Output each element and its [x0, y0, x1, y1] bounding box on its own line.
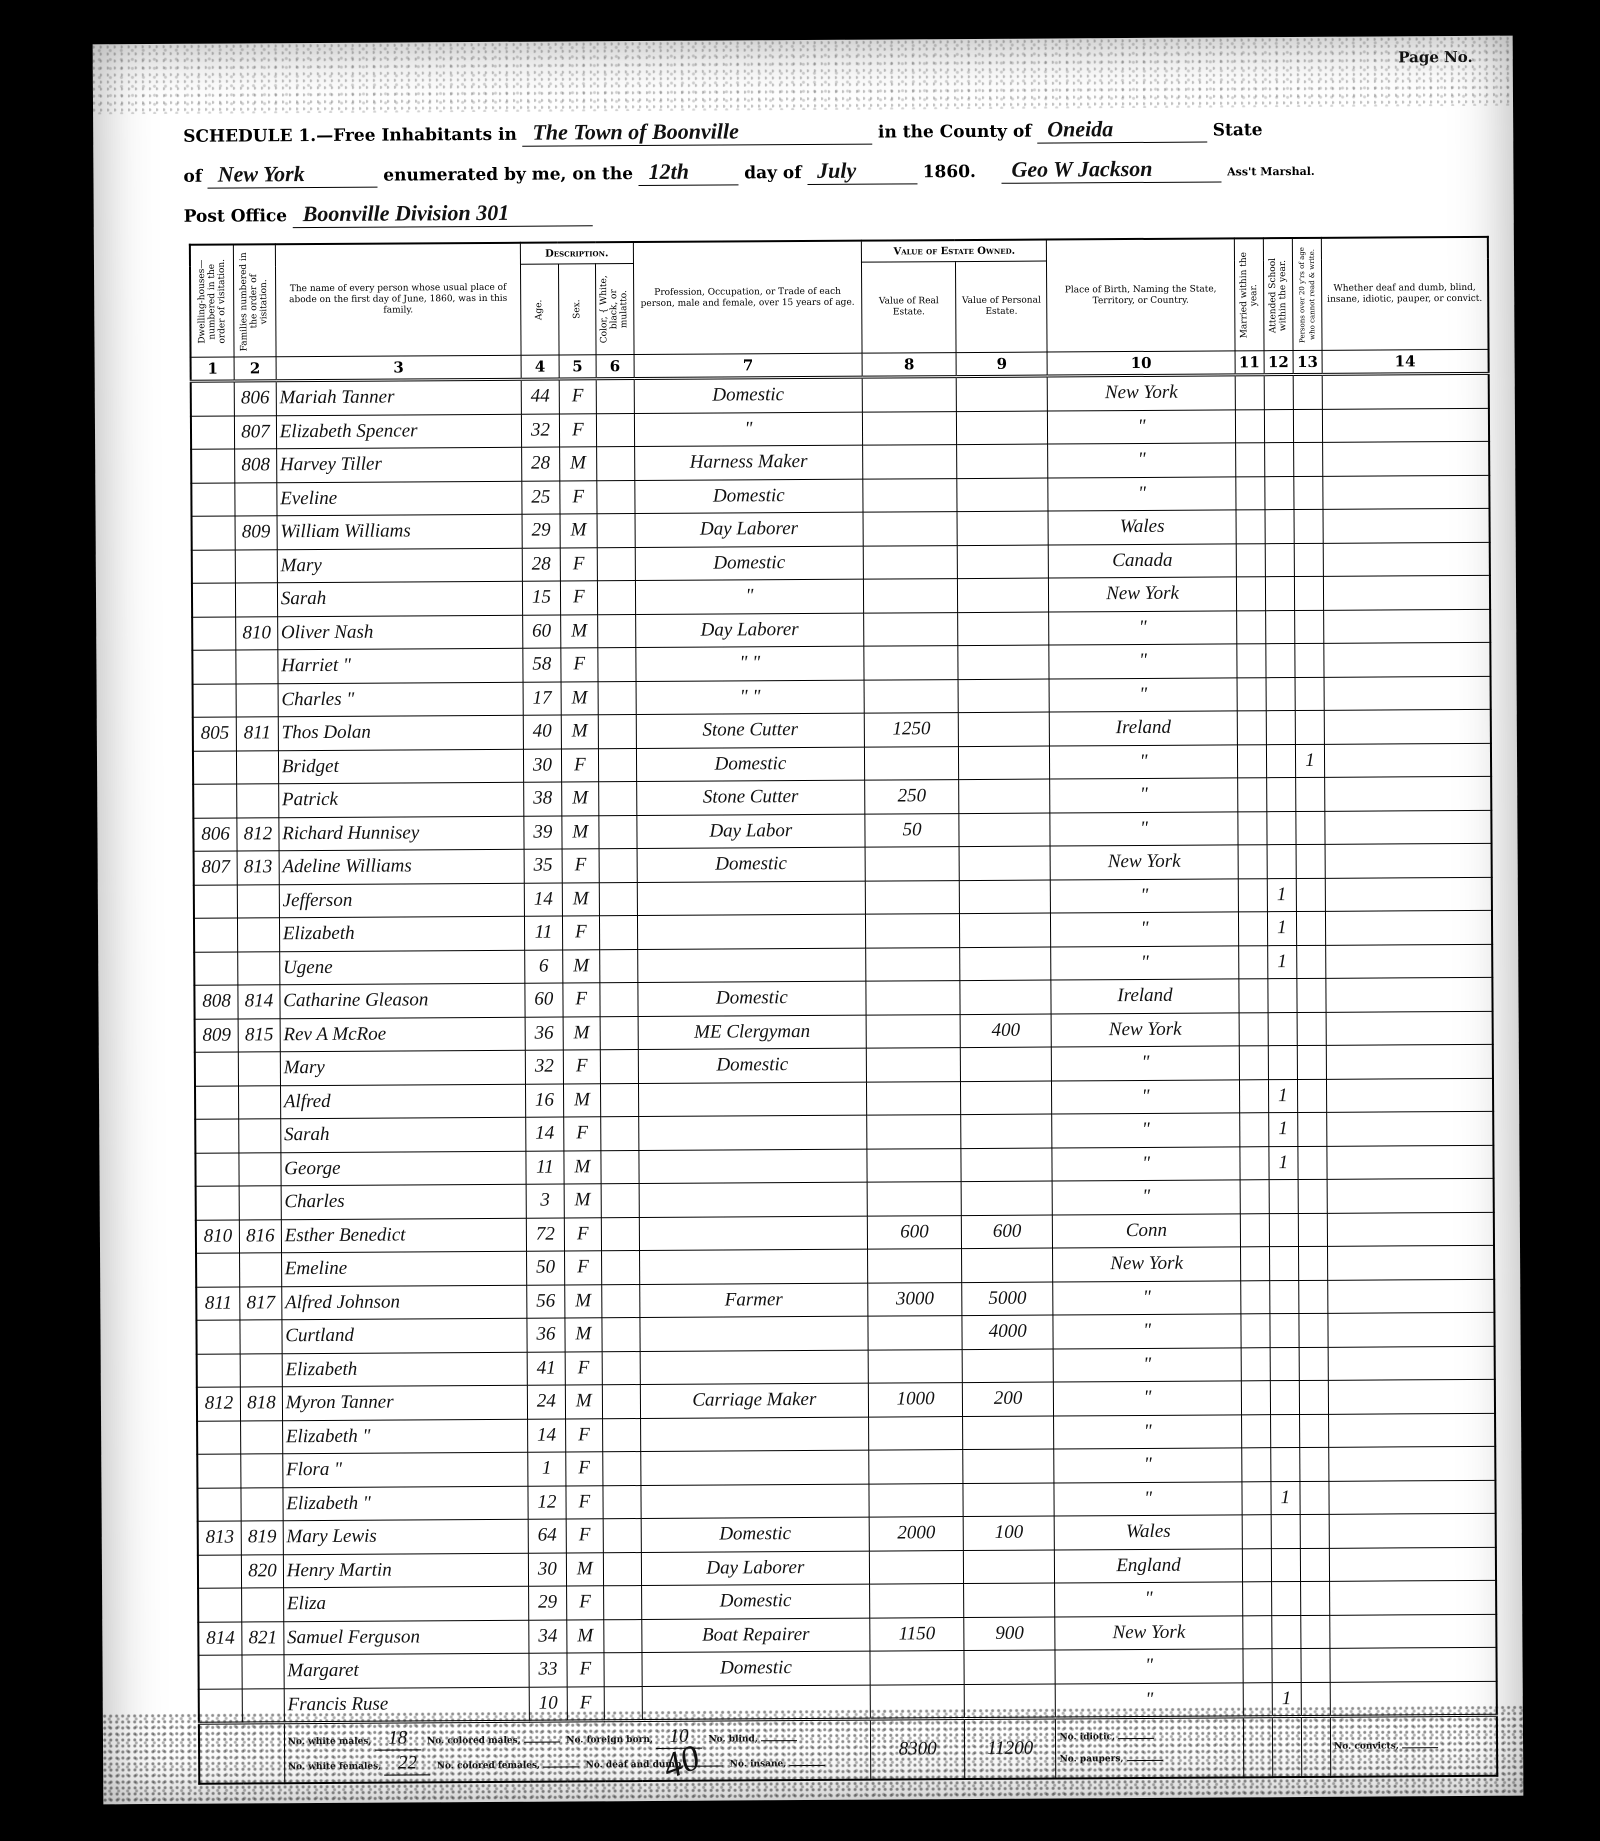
- infirmity-cell: [1328, 1312, 1495, 1347]
- real-estate-cell: [865, 847, 959, 881]
- occupation-cell: Day Laborer: [635, 613, 864, 648]
- illiterate-cell: [1300, 1548, 1329, 1582]
- sex-cell: F: [559, 480, 597, 514]
- age-cell: 44: [521, 379, 559, 414]
- color-cell: [600, 1050, 638, 1084]
- illiterate-cell: [1296, 911, 1325, 945]
- dwelling-cell: [193, 750, 237, 784]
- page-number-label: Page No.: [1398, 48, 1473, 66]
- dwelling-cell: [197, 1420, 241, 1454]
- state-label: State: [1213, 120, 1263, 140]
- family-cell: [240, 1320, 282, 1354]
- county-field: Oneida: [1037, 116, 1207, 144]
- illiterate-cell: [1296, 811, 1325, 845]
- infirmity-cell: [1325, 776, 1492, 811]
- name-cell: Henry Martin: [283, 1553, 529, 1588]
- dwelling-cell: [193, 784, 237, 818]
- col-sex-header: Sex.: [558, 264, 596, 355]
- age-cell: 33: [529, 1653, 567, 1687]
- married-cell: [1239, 1079, 1268, 1113]
- personal-estate-cell: 600: [961, 1215, 1053, 1249]
- birthplace-cell: Ireland: [1050, 711, 1237, 746]
- real-estate-cell: [866, 981, 960, 1015]
- sex-cell: M: [561, 782, 599, 816]
- infirmity-cell: [1324, 743, 1491, 778]
- white-males-value: 18: [375, 1727, 421, 1750]
- family-cell: [242, 1655, 284, 1689]
- infirmity-cell: [1327, 1178, 1494, 1213]
- birthplace-cell: ": [1054, 1448, 1241, 1483]
- real-estate-total: 8300: [871, 1719, 965, 1780]
- age-cell: 1: [528, 1452, 566, 1486]
- birthplace-cell: ": [1049, 644, 1236, 679]
- color-cell: [600, 983, 638, 1017]
- dwelling-cell: 810: [196, 1219, 240, 1253]
- name-cell: Sarah: [280, 1117, 526, 1152]
- scan-noise-top: [93, 36, 1513, 115]
- sex-cell: F: [562, 916, 600, 950]
- col-number: 11: [1235, 351, 1264, 375]
- age-cell: 40: [523, 715, 561, 749]
- sex-cell: M: [560, 514, 598, 548]
- sex-cell: F: [566, 1485, 604, 1519]
- family-cell: [238, 1052, 280, 1086]
- illiterate-cell: [1299, 1313, 1328, 1347]
- family-cell: [238, 951, 280, 985]
- school-cell: [1268, 979, 1297, 1013]
- dwelling-cell: [199, 1688, 243, 1723]
- school-cell: [1265, 610, 1294, 644]
- convicts-label: No. convicts,: [1334, 1741, 1399, 1751]
- illiterate-cell: [1295, 643, 1324, 677]
- birthplace-cell: ": [1049, 610, 1236, 645]
- married-cell: [1236, 543, 1265, 577]
- real-estate-cell: [869, 1483, 963, 1517]
- school-cell: [1271, 1582, 1300, 1616]
- personal-estate-cell: [960, 1047, 1052, 1081]
- age-cell: 72: [527, 1217, 565, 1251]
- age-cell: 14: [528, 1418, 566, 1452]
- married-cell: [1242, 1582, 1271, 1616]
- married-cell: [1241, 1314, 1270, 1348]
- family-cell: 820: [242, 1554, 284, 1588]
- personal-estate-cell: 5000: [962, 1282, 1054, 1316]
- personal-estate-total: 11200: [964, 1718, 1056, 1779]
- married-cell: [1241, 1414, 1270, 1448]
- sex-cell: M: [563, 1083, 601, 1117]
- dwelling-cell: [192, 516, 236, 550]
- sex-cell: F: [565, 1452, 603, 1486]
- occupation-cell: " ": [635, 646, 864, 681]
- name-cell: Rev A McRoe: [280, 1017, 526, 1052]
- sex-cell: M: [561, 681, 599, 715]
- color-cell: [600, 1016, 638, 1050]
- birthplace-cell: ": [1056, 1682, 1243, 1718]
- occupation-cell: Day Laborer: [641, 1551, 870, 1586]
- dwelling-cell: [196, 1320, 240, 1354]
- occupation-cell: Boat Repairer: [641, 1618, 870, 1653]
- age-cell: 17: [523, 682, 561, 716]
- birthplace-cell: ": [1048, 409, 1235, 444]
- family-cell: 811: [236, 717, 278, 751]
- name-cell: Mary: [280, 1050, 526, 1085]
- age-cell: 14: [526, 1117, 564, 1151]
- occupation-cell: ": [635, 579, 864, 614]
- colored-males-blank: [524, 1742, 560, 1743]
- marshal-label: Ass't Marshal.: [1227, 165, 1315, 179]
- dwelling-cell: [196, 1186, 240, 1220]
- illiterate-cell: [1293, 442, 1322, 476]
- family-cell: [236, 650, 278, 684]
- family-cell: 816: [239, 1219, 281, 1253]
- color-cell: [597, 480, 635, 514]
- family-cell: 810: [236, 616, 278, 650]
- age-cell: 29: [529, 1586, 567, 1620]
- name-cell: Curtland: [282, 1318, 528, 1353]
- age-cell: 16: [526, 1083, 564, 1117]
- birthplace-cell: ": [1053, 1180, 1240, 1215]
- personal-estate-cell: [960, 1081, 1052, 1115]
- occupation-cell: [640, 1450, 869, 1485]
- infirmity-cell: [1329, 1547, 1496, 1582]
- color-cell: [598, 681, 636, 715]
- totals-row: No. white males, 18 No. colored males, N…: [199, 1715, 1497, 1783]
- sex-cell: F: [566, 1586, 604, 1620]
- color-cell: [598, 581, 636, 615]
- birthplace-cell: New York: [1055, 1615, 1242, 1650]
- real-estate-cell: 3000: [868, 1282, 962, 1316]
- birthplace-cell: ": [1048, 476, 1235, 511]
- dwelling-cell: 808: [194, 985, 238, 1019]
- family-cell: 806: [234, 381, 276, 416]
- color-cell: [596, 413, 634, 447]
- col-school-header: Attended School within the year.: [1263, 238, 1293, 351]
- white-males-label: No. white males,: [288, 1737, 372, 1748]
- illiterate-cell: [1294, 509, 1323, 543]
- infirmity-cell: [1325, 810, 1492, 845]
- school-cell: [1265, 543, 1294, 577]
- birthplace-cell: ": [1054, 1381, 1241, 1416]
- sex-cell: M: [563, 1016, 601, 1050]
- infirmity-cell: [1325, 843, 1492, 878]
- colored-males-label: No. colored males,: [427, 1736, 521, 1747]
- dwelling-cell: [191, 381, 235, 416]
- school-cell: [1267, 811, 1296, 845]
- sex-cell: F: [567, 1653, 605, 1687]
- family-cell: 809: [235, 516, 277, 550]
- married-cell: [1240, 1247, 1269, 1281]
- dwelling-cell: [197, 1353, 241, 1387]
- school-cell: [1272, 1615, 1301, 1649]
- occupation-cell: Domestic: [634, 479, 863, 514]
- school-cell: [1269, 1280, 1298, 1314]
- infirmity-cell: [1330, 1681, 1497, 1717]
- married-cell: [1236, 577, 1265, 611]
- dwelling-cell: [191, 415, 235, 449]
- real-estate-cell: [865, 746, 959, 780]
- illiterate-cell: [1301, 1648, 1330, 1682]
- name-cell: Oliver Nash: [277, 615, 523, 650]
- age-cell: 3: [526, 1184, 564, 1218]
- schedule-header-line-1: SCHEDULE 1.—Free Inhabitants in The Town…: [183, 115, 1263, 149]
- infirmity-cell: [1327, 1245, 1494, 1280]
- school-cell: [1271, 1515, 1300, 1549]
- birthplace-cell: New York: [1048, 375, 1235, 411]
- occupation-cell: [639, 1182, 868, 1217]
- real-estate-cell: [867, 1048, 961, 1082]
- col-number: 9: [956, 352, 1048, 377]
- name-cell: Catharine Gleason: [280, 983, 526, 1018]
- sex-cell: F: [565, 1351, 603, 1385]
- age-cell: 6: [525, 950, 563, 984]
- occupation-cell: Domestic: [635, 546, 864, 581]
- personal-estate-cell: [959, 913, 1051, 947]
- dwelling-cell: [195, 1085, 239, 1119]
- illiterate-cell: [1300, 1514, 1329, 1548]
- year-label: 1860.: [923, 162, 976, 182]
- real-estate-cell: 1250: [865, 713, 959, 747]
- school-cell: 1: [1272, 1682, 1301, 1717]
- married-cell: [1239, 1113, 1268, 1147]
- age-cell: 30: [529, 1552, 567, 1586]
- occupation-cell: [640, 1484, 869, 1519]
- census-table: Dwelling-houses—numbered in the order of…: [189, 236, 1498, 1785]
- real-estate-cell: [869, 1450, 963, 1484]
- birthplace-cell: New York: [1053, 1247, 1240, 1282]
- real-estate-cell: 2000: [869, 1517, 963, 1551]
- dwelling-cell: [198, 1655, 242, 1689]
- dwelling-cell: [194, 918, 238, 952]
- dwelling-cell: [196, 1253, 240, 1287]
- birthplace-cell: ": [1051, 878, 1238, 913]
- illiterate-cell: [1297, 978, 1326, 1012]
- color-cell: [598, 715, 636, 749]
- color-cell: [603, 1485, 641, 1519]
- married-cell: [1235, 375, 1264, 410]
- personal-estate-cell: [962, 1349, 1054, 1383]
- name-cell: Mariah Tanner: [276, 379, 522, 415]
- personal-estate-cell: [957, 478, 1049, 512]
- personal-estate-cell: [961, 1181, 1053, 1215]
- illiterate-cell: [1297, 945, 1326, 979]
- illiterate-cell: [1294, 476, 1323, 510]
- personal-estate-cell: 200: [962, 1382, 1054, 1416]
- birthplace-cell: ": [1054, 1481, 1241, 1516]
- dwelling-cell: 807: [194, 851, 238, 885]
- school-cell: 1: [1267, 945, 1296, 979]
- occupation-cell: [640, 1350, 869, 1385]
- name-cell: Mary: [277, 548, 523, 583]
- real-estate-cell: [866, 880, 960, 914]
- occupation-cell: Domestic: [641, 1651, 870, 1686]
- real-estate-cell: [862, 377, 956, 412]
- infirmity-cell: [1327, 1111, 1494, 1146]
- name-cell: Flora ": [283, 1452, 529, 1487]
- dwelling-cell: [195, 1119, 239, 1153]
- family-cell: 819: [241, 1521, 283, 1555]
- name-cell: Alfred Johnson: [281, 1285, 527, 1320]
- married-cell: [1235, 476, 1264, 510]
- infirmity-cell: [1325, 910, 1492, 945]
- sex-cell: F: [560, 547, 598, 581]
- real-estate-cell: 1150: [870, 1617, 964, 1651]
- family-cell: [238, 918, 280, 952]
- family-cell: [236, 583, 278, 617]
- age-cell: 36: [527, 1318, 565, 1352]
- family-cell: [242, 1688, 284, 1723]
- school-cell: [1270, 1381, 1299, 1415]
- illiterate-cell: [1297, 1012, 1326, 1046]
- dwelling-cell: [191, 482, 235, 516]
- family-cell: 808: [235, 449, 277, 483]
- school-cell: [1264, 375, 1293, 410]
- sex-cell: M: [560, 614, 598, 648]
- post-office-label: Post Office: [184, 206, 288, 227]
- illiterate-cell: [1300, 1481, 1329, 1515]
- color-cell: [596, 379, 634, 414]
- name-cell: Jefferson: [279, 883, 525, 918]
- school-cell: 1: [1269, 1146, 1298, 1180]
- personal-estate-cell: [958, 712, 1050, 746]
- sex-cell: M: [566, 1552, 604, 1586]
- sex-cell: M: [565, 1385, 603, 1419]
- totals-idiotic-paupers: No. idiotic, No. paupers,: [1056, 1717, 1244, 1779]
- col-age-header: Age.: [521, 264, 559, 355]
- real-estate-cell: [870, 1651, 964, 1685]
- real-estate-cell: [868, 1316, 962, 1350]
- school-cell: [1267, 845, 1296, 879]
- school-cell: [1266, 711, 1295, 745]
- birthplace-cell: ": [1052, 1113, 1239, 1148]
- illiterate-cell: [1299, 1380, 1328, 1414]
- sex-cell: F: [563, 983, 601, 1017]
- infirmity-cell: [1323, 441, 1490, 476]
- color-cell: [599, 815, 637, 849]
- real-estate-cell: [867, 1182, 961, 1216]
- illiterate-cell: [1293, 409, 1322, 443]
- married-cell: [1238, 845, 1267, 879]
- school-cell: [1266, 744, 1295, 778]
- age-cell: 24: [528, 1385, 566, 1419]
- birthplace-cell: ": [1050, 778, 1237, 813]
- real-estate-cell: [863, 478, 957, 512]
- personal-estate-cell: [963, 1583, 1055, 1617]
- sex-cell: M: [559, 447, 597, 481]
- name-cell: Patrick: [278, 782, 524, 817]
- school-cell: [1271, 1548, 1300, 1582]
- color-cell: [599, 849, 637, 883]
- age-cell: 50: [527, 1251, 565, 1285]
- totals-blank: [1301, 1716, 1330, 1777]
- foreign-born-label: No. foreign born,: [566, 1735, 653, 1746]
- age-cell: 28: [522, 447, 560, 481]
- family-cell: [242, 1588, 284, 1622]
- real-estate-cell: 50: [865, 813, 959, 847]
- real-estate-cell: [867, 1115, 961, 1149]
- family-cell: [240, 1353, 282, 1387]
- color-cell: [603, 1519, 641, 1553]
- dwelling-cell: [195, 1152, 239, 1186]
- day-of-label: day of: [744, 163, 801, 183]
- infirmity-cell: [1323, 475, 1490, 510]
- color-cell: [597, 447, 635, 481]
- dwelling-cell: [197, 1454, 241, 1488]
- birthplace-cell: ": [1051, 945, 1238, 980]
- col-color-header: Color, { White, black, or mulatto.: [596, 264, 634, 355]
- real-estate-cell: [867, 1148, 961, 1182]
- real-estate-cell: [863, 445, 957, 479]
- infirmity-cell: [1329, 1513, 1496, 1548]
- col-number: 1: [191, 357, 235, 381]
- illiterate-cell: [1300, 1447, 1329, 1481]
- infirmity-cell: [1326, 977, 1493, 1012]
- dwelling-cell: [194, 951, 238, 985]
- color-cell: [602, 1284, 640, 1318]
- age-cell: 29: [522, 514, 560, 548]
- illiterate-cell: [1293, 374, 1322, 409]
- sex-cell: F: [565, 1418, 603, 1452]
- school-cell: [1270, 1347, 1299, 1381]
- infirmity-cell: [1329, 1446, 1496, 1481]
- name-cell: George: [281, 1151, 527, 1186]
- month-field: July: [807, 157, 917, 185]
- family-cell: [240, 1253, 282, 1287]
- real-estate-cell: [864, 612, 958, 646]
- col-married-header: Married within the year.: [1234, 238, 1264, 351]
- school-cell: [1266, 778, 1295, 812]
- school-cell: [1264, 409, 1293, 443]
- name-cell: Margaret: [284, 1653, 530, 1688]
- real-estate-cell: [870, 1550, 964, 1584]
- real-estate-cell: [864, 579, 958, 613]
- color-cell: [601, 1184, 639, 1218]
- family-cell: 814: [238, 985, 280, 1019]
- name-cell: Elizabeth ": [282, 1419, 528, 1454]
- real-estate-cell: [866, 914, 960, 948]
- illiterate-cell: [1295, 777, 1324, 811]
- age-cell: 60: [525, 983, 563, 1017]
- age-cell: 12: [528, 1485, 566, 1519]
- sex-cell: F: [566, 1519, 604, 1553]
- color-cell: [597, 514, 635, 548]
- infirmity-cell: [1328, 1379, 1495, 1414]
- married-cell: [1238, 912, 1267, 946]
- family-cell: [241, 1487, 283, 1521]
- real-estate-cell: [870, 1684, 964, 1719]
- married-cell: [1237, 711, 1266, 745]
- sex-cell: F: [564, 1251, 602, 1285]
- married-cell: [1242, 1548, 1271, 1582]
- sex-cell: M: [564, 1184, 602, 1218]
- sex-cell: M: [562, 882, 600, 916]
- color-cell: [604, 1686, 642, 1721]
- school-cell: [1266, 644, 1295, 678]
- family-cell: [235, 482, 277, 516]
- married-cell: [1240, 1213, 1269, 1247]
- school-cell: 1: [1267, 878, 1296, 912]
- age-cell: 39: [524, 816, 562, 850]
- illiterate-cell: [1298, 1246, 1327, 1280]
- personal-estate-cell: [959, 846, 1051, 880]
- color-cell: [601, 1117, 639, 1151]
- occupation-cell: Domestic: [641, 1584, 870, 1619]
- col-number: 4: [521, 355, 559, 379]
- occupation-cell: ": [634, 412, 863, 447]
- infirmity-cell: [1323, 508, 1490, 543]
- color-cell: [602, 1318, 640, 1352]
- dwelling-cell: [195, 1052, 239, 1086]
- dwelling-cell: 806: [193, 817, 237, 851]
